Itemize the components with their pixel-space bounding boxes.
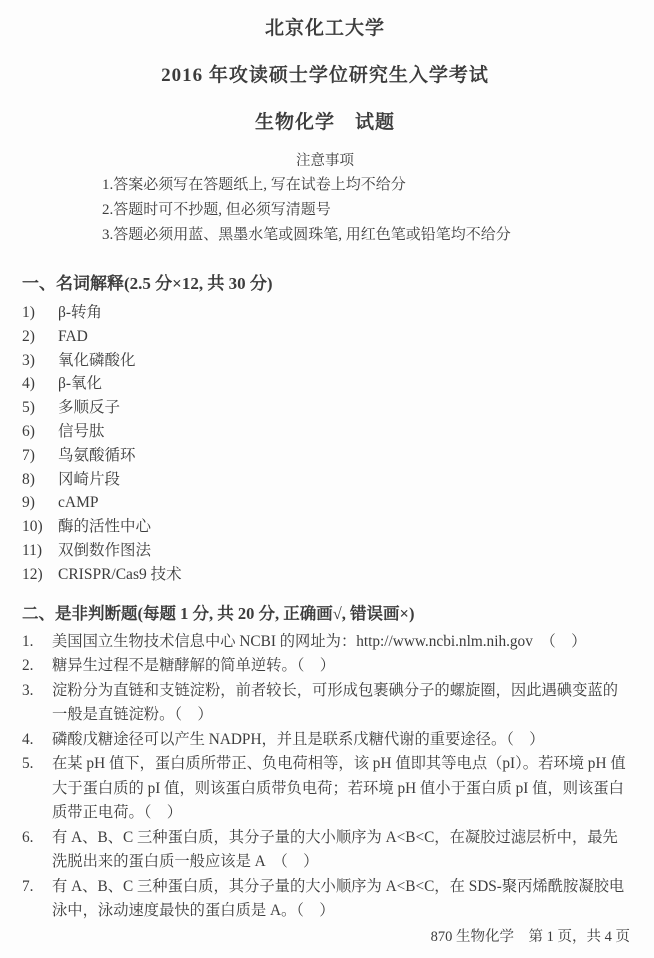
list-item: 2) FAD <box>22 325 628 349</box>
question-number: 6. <box>22 826 52 875</box>
notes-block: 1.答案必须写在答题纸上, 写在试卷上均不给分 2.答题时可不抄题, 但必须写清… <box>102 173 628 248</box>
item-number: 2) <box>22 325 58 349</box>
item-number: 10) <box>22 515 58 539</box>
item-number: 5) <box>22 396 58 420</box>
list-item: 5) 多顺反子 <box>22 396 628 420</box>
item-number: 6) <box>22 420 58 444</box>
note-line: 2.答题时可不抄题, 但必须写清题号 <box>102 198 628 223</box>
item-text: FAD <box>58 325 88 349</box>
item-text: 信号肽 <box>58 420 105 444</box>
question-text: 淀粉分为直链和支链淀粉，前者较长，可形成包裹碘分子的螺旋圈，因此遇碘变蓝的一般是… <box>52 679 628 728</box>
section2-list: 1. 美国国立生物技术信息中心 NCBI 的网址为：http://www.ncb… <box>22 630 628 924</box>
item-number: 7) <box>22 444 58 468</box>
list-item: 6) 信号肽 <box>22 420 628 444</box>
question-item: 6. 有 A、B、C 三种蛋白质，其分子量的大小顺序为 A<B<C，在凝胶过滤层… <box>22 826 628 875</box>
item-text: 鸟氨酸循环 <box>58 444 136 468</box>
section2-heading: 二、是非判断题(每题 1 分, 共 20 分, 正确画√, 错误画×) <box>22 602 628 626</box>
question-number: 5. <box>22 752 52 826</box>
list-item: 8) 冈崎片段 <box>22 468 628 492</box>
question-text: 糖异生过程不是糖酵解的简单逆转。（ ） <box>52 654 628 679</box>
item-text: 冈崎片段 <box>58 468 120 492</box>
subject-title: 生物化学 试题 <box>22 110 628 136</box>
question-text: 磷酸戊糖途径可以产生 NADPH，并且是联系戊糖代谢的重要途径。（ ） <box>52 728 628 753</box>
notes-title: 注意事项 <box>22 151 628 171</box>
question-number: 4. <box>22 728 52 753</box>
note-line: 1.答案必须写在答题纸上, 写在试卷上均不给分 <box>102 173 628 198</box>
question-item: 1. 美国国立生物技术信息中心 NCBI 的网址为：http://www.ncb… <box>22 630 628 655</box>
question-item: 4. 磷酸戊糖途径可以产生 NADPH，并且是联系戊糖代谢的重要途径。（ ） <box>22 728 628 753</box>
item-number: 8) <box>22 468 58 492</box>
section1-list: 1) β-转角 2) FAD 3) 氧化磷酸化 4) β-氧化 5) 多顺反子 … <box>22 301 628 587</box>
page-footer: 870 生物化学 第 1 页，共 4 页 <box>431 928 630 946</box>
exam-title: 2016 年攻读硕士学位研究生入学考试 <box>22 63 628 89</box>
exam-paper-page: 北京化工大学 2016 年攻读硕士学位研究生入学考试 生物化学 试题 注意事项 … <box>0 0 654 958</box>
question-text: 有 A、B、C 三种蛋白质，其分子量的大小顺序为 A<B<C，在凝胶过滤层析中，… <box>52 826 628 875</box>
note-line: 3.答题必须用蓝、黑墨水笔或圆珠笔, 用红色笔或铅笔均不给分 <box>102 223 628 248</box>
item-text: CRISPR/Cas9 技术 <box>58 563 182 587</box>
question-text: 在某 pH 值下，蛋白质所带正、负电荷相等，该 pH 值即其等电点（pI）。若环… <box>52 752 628 826</box>
section1-heading: 一、名词解释(2.5 分×12, 共 30 分) <box>22 272 628 296</box>
list-item: 9) cAMP <box>22 491 628 515</box>
question-number: 1. <box>22 630 52 655</box>
item-number: 9) <box>22 491 58 515</box>
question-item: 7. 有 A、B、C 三种蛋白质，其分子量的大小顺序为 A<B<C，在 SDS-… <box>22 875 628 924</box>
question-number: 2. <box>22 654 52 679</box>
question-number: 7. <box>22 875 52 924</box>
item-number: 12) <box>22 563 58 587</box>
item-text: β-转角 <box>58 301 102 325</box>
item-text: cAMP <box>58 491 98 515</box>
item-text: 氧化磷酸化 <box>58 349 136 373</box>
question-text: 美国国立生物技术信息中心 NCBI 的网址为：http://www.ncbi.n… <box>52 630 628 655</box>
question-item: 2. 糖异生过程不是糖酵解的简单逆转。（ ） <box>22 654 628 679</box>
item-number: 4) <box>22 372 58 396</box>
list-item: 3) 氧化磷酸化 <box>22 349 628 373</box>
item-text: 多顺反子 <box>58 396 120 420</box>
list-item: 4) β-氧化 <box>22 372 628 396</box>
list-item: 10) 酶的活性中心 <box>22 515 628 539</box>
list-item: 1) β-转角 <box>22 301 628 325</box>
list-item: 11) 双倒数作图法 <box>22 539 628 563</box>
list-item: 7) 鸟氨酸循环 <box>22 444 628 468</box>
question-number: 3. <box>22 679 52 728</box>
university-title: 北京化工大学 <box>22 16 628 42</box>
item-number: 1) <box>22 301 58 325</box>
item-text: 酶的活性中心 <box>58 515 151 539</box>
question-item: 5. 在某 pH 值下，蛋白质所带正、负电荷相等，该 pH 值即其等电点（pI）… <box>22 752 628 826</box>
item-text: 双倒数作图法 <box>58 539 151 563</box>
list-item: 12) CRISPR/Cas9 技术 <box>22 563 628 587</box>
question-item: 3. 淀粉分为直链和支链淀粉，前者较长，可形成包裹碘分子的螺旋圈，因此遇碘变蓝的… <box>22 679 628 728</box>
question-text: 有 A、B、C 三种蛋白质，其分子量的大小顺序为 A<B<C，在 SDS-聚丙烯… <box>52 875 628 924</box>
item-number: 11) <box>22 539 58 563</box>
item-number: 3) <box>22 349 58 373</box>
item-text: β-氧化 <box>58 372 102 396</box>
